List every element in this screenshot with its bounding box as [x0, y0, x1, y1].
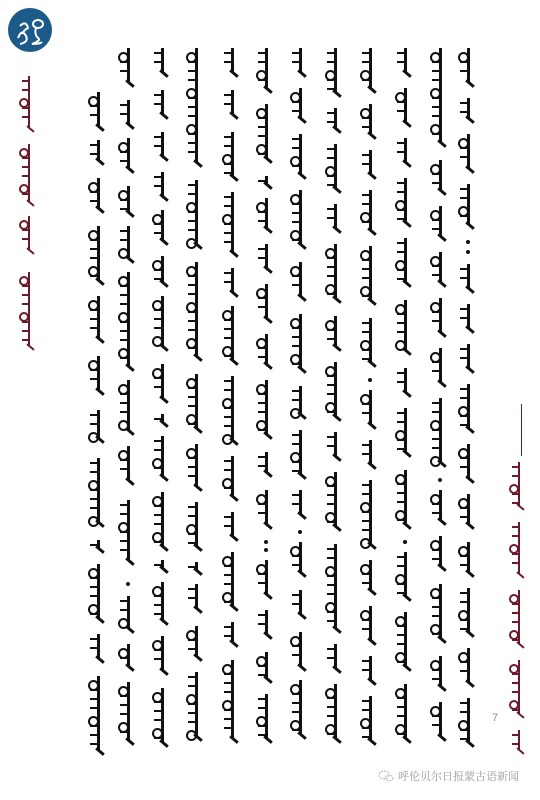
mongolian-word: [325, 316, 345, 352]
mongolian-word: [458, 648, 478, 688]
mongolian-word: [458, 588, 478, 638]
mongolian-word: [18, 216, 42, 256]
mongolian-word: [118, 446, 138, 486]
text-column: [88, 0, 108, 760]
mongolian-word: [360, 440, 380, 470]
mongolian-word: [152, 364, 172, 404]
mongolian-word: [222, 192, 242, 258]
mongolian-word: [118, 380, 138, 436]
mongolian-word: [18, 144, 42, 208]
mongolian-word: [222, 90, 242, 120]
punctuation-mark: [118, 582, 138, 586]
mongolian-word: [360, 318, 380, 368]
mongolian-word: [118, 272, 138, 372]
mongolian-word: [222, 622, 242, 648]
mongolian-word: [325, 472, 345, 532]
mongolian-word: [395, 88, 415, 128]
mongolian-word: [152, 436, 172, 482]
mongolian-word: [458, 444, 478, 484]
mongolian-word: [360, 696, 380, 746]
text-column: [458, 0, 478, 760]
mongolian-word: [222, 456, 242, 502]
punctuation-mark: [290, 530, 310, 534]
text-column: [152, 0, 172, 760]
vertical-title: Mongolian vertical title (4 words): [18, 76, 42, 376]
mongolian-word: [152, 90, 172, 120]
mongolian-word: [256, 198, 276, 234]
mongolian-word: [325, 644, 345, 674]
mongolian-word: [458, 48, 478, 88]
mongolian-word: [290, 490, 310, 520]
mongolian-word: [88, 564, 108, 624]
mongolian-word: [325, 432, 345, 462]
mongolian-word: [186, 262, 206, 362]
mongolian-word: [152, 172, 172, 202]
watermark-text: 呼伦贝尔日报蒙古语新闻: [398, 768, 519, 784]
mongolian-word: [118, 644, 138, 672]
mongolian-word: [152, 48, 172, 78]
mongolian-word: [290, 430, 310, 480]
text-column: [430, 0, 450, 760]
mongolian-word: [186, 48, 206, 168]
mongolian-word: [118, 226, 138, 264]
vertical-author-line: Mongolian vertical attribution line: [508, 400, 532, 790]
mongolian-word: [430, 702, 450, 742]
page-number: 7: [492, 712, 498, 724]
mongolian-word: [458, 494, 478, 530]
mongolian-word: [152, 582, 172, 626]
mongolian-word: [430, 298, 450, 338]
mongolian-word: [88, 356, 108, 396]
mongolian-word: [508, 660, 532, 720]
mongolian-word: [186, 626, 206, 662]
mongolian-word: [360, 246, 380, 306]
punctuation-mark: [360, 378, 380, 382]
mongolian-word: [325, 204, 345, 234]
mongolian-word: [325, 684, 345, 744]
mongolian-word: [152, 414, 172, 428]
mongolian-word: [256, 560, 276, 600]
mongolian-word: [256, 380, 276, 440]
mongolian-word: [118, 100, 138, 130]
mongolian-word: [395, 368, 415, 398]
mongolian-word: [290, 542, 310, 578]
mongolian-word: [88, 458, 108, 528]
mongolian-word: [186, 502, 206, 552]
mongolian-word: [290, 48, 310, 78]
mongolian-word: [256, 244, 276, 274]
text-column: [290, 0, 310, 760]
mongolian-word: [256, 652, 276, 684]
mongolian-word: [152, 256, 172, 288]
mongolian-word: [325, 108, 345, 134]
mongolian-word: [430, 206, 450, 242]
mongolian-word: [360, 48, 380, 94]
mongolian-word: [18, 272, 42, 352]
mongolian-word: [88, 296, 108, 344]
mongolian-word: [118, 48, 138, 88]
mongolian-word: [290, 632, 310, 672]
mongolian-word: [458, 134, 478, 174]
mongolian-word: [458, 98, 478, 124]
mongolian-word: [290, 190, 310, 250]
mongolian-word: [430, 490, 450, 526]
wechat-chat-bubble-icon: [378, 770, 394, 782]
mongolian-word: [88, 178, 108, 214]
mongolian-word: [152, 296, 172, 352]
mongolian-word: [256, 48, 276, 94]
mongolian-word: [88, 140, 108, 166]
mongolian-word: [18, 76, 42, 134]
mongolian-word: [118, 138, 138, 174]
mongolian-word: [360, 606, 380, 646]
punctuation-mark: [458, 240, 478, 244]
round-blue-emblem-icon: [8, 8, 52, 52]
mongolian-word: [118, 682, 138, 746]
mongolian-word: [290, 386, 310, 420]
mongolian-word: [508, 590, 532, 650]
mongolian-word: [360, 190, 380, 236]
punctuation-mark: [430, 478, 450, 482]
mongolian-word: [152, 210, 172, 246]
mongolian-word: [395, 138, 415, 168]
mongolian-word: [222, 552, 242, 612]
mongolian-word: [458, 264, 478, 294]
mongolian-word: [222, 660, 242, 744]
mongolian-word: [152, 636, 172, 676]
mongolian-word: [118, 500, 138, 566]
mongolian-word: [360, 150, 380, 180]
mongolian-word: [458, 344, 478, 374]
mongolian-word: [88, 540, 108, 554]
mongolian-word: [395, 48, 415, 78]
text-column: [395, 0, 415, 760]
mongolian-word: [430, 252, 450, 288]
mongolian-word: [508, 522, 532, 580]
mongolian-word: [395, 238, 415, 288]
mongolian-word: [360, 656, 380, 686]
mongolian-word: [395, 178, 415, 228]
mongolian-word: [430, 48, 450, 148]
mongolian-word: [222, 376, 242, 446]
mongolian-word: [152, 688, 172, 748]
logo-emblem: [8, 8, 52, 52]
mongolian-word: [186, 374, 206, 434]
mongolian-word: [256, 452, 276, 478]
mongolian-word: [458, 184, 478, 230]
mongolian-word: [222, 132, 242, 182]
mongolian-word: [118, 596, 138, 634]
mongolian-word: [508, 730, 532, 756]
mongolian-word: [430, 398, 450, 468]
mongolian-word: [88, 410, 108, 444]
mongolian-word: [395, 552, 415, 602]
mongolian-word: [256, 284, 276, 324]
text-column: [118, 0, 138, 760]
mongolian-word: [430, 656, 450, 692]
mongolian-word: [325, 48, 345, 98]
mongolian-word: [325, 144, 345, 194]
mongolian-word: [325, 544, 345, 634]
mongolian-word: [508, 462, 532, 512]
mongolian-word: [88, 676, 108, 756]
mongolian-word: [430, 536, 450, 572]
mongolian-word: [395, 470, 415, 530]
punctuation-mark: [458, 250, 478, 254]
mongolian-word: [360, 480, 380, 550]
mongolian-word: [325, 362, 345, 422]
mongolian-word: [458, 304, 478, 334]
mongolian-word: [395, 684, 415, 744]
mongolian-word: [88, 634, 108, 664]
punctuation-mark: [395, 540, 415, 544]
mongolian-word: [430, 160, 450, 196]
mongolian-word: [395, 408, 415, 458]
mongolian-word: [430, 348, 450, 388]
punctuation-mark: [256, 548, 276, 552]
mongolian-word: [458, 542, 478, 578]
mongolian-word: [430, 584, 450, 644]
mongolian-word: [256, 176, 276, 190]
watermark: 呼伦贝尔日报蒙古语新闻: [378, 768, 519, 784]
mongolian-word: [360, 104, 380, 140]
mongolian-word: [458, 698, 478, 748]
text-column: [256, 0, 276, 760]
text-column: [325, 0, 345, 760]
text-column: [186, 0, 206, 760]
mongolian-word: [186, 584, 206, 614]
mongolian-word: [152, 132, 172, 162]
mongolian-word: [186, 444, 206, 492]
mongolian-word: [360, 390, 380, 430]
mongolian-word: [222, 268, 242, 298]
mongolian-word: [325, 244, 345, 304]
mongolian-word: [256, 694, 276, 744]
mongolian-word: [256, 334, 276, 370]
mongolian-word: [290, 262, 310, 302]
mongolian-word: [395, 612, 415, 672]
punctuation-mark: [256, 540, 276, 544]
text-column: [222, 0, 242, 760]
mongolian-word: [290, 88, 310, 124]
mongolian-word: [290, 314, 310, 374]
mongolian-word: [256, 104, 276, 164]
mongolian-word: [395, 300, 415, 356]
mongolian-word: [186, 562, 206, 576]
mongolian-word: [222, 48, 242, 78]
mongolian-word: [152, 492, 172, 552]
mongolian-word: [222, 306, 242, 366]
mongolian-word: [458, 384, 478, 434]
text-column: [360, 0, 380, 760]
mongolian-word: [186, 672, 206, 742]
mongolian-word: [256, 490, 276, 530]
mongolian-word: [222, 512, 242, 542]
mongolian-word: [360, 560, 380, 596]
mongolian-word: [290, 680, 310, 740]
mongolian-word: [256, 610, 276, 640]
mongolian-word: [88, 92, 108, 132]
mongolian-word: [152, 560, 172, 574]
mongolian-word: [186, 180, 206, 250]
mongolian-word: [118, 186, 138, 218]
mongolian-word: [290, 134, 310, 180]
mongolian-word: [88, 226, 108, 286]
mongolian-word: [290, 590, 310, 620]
